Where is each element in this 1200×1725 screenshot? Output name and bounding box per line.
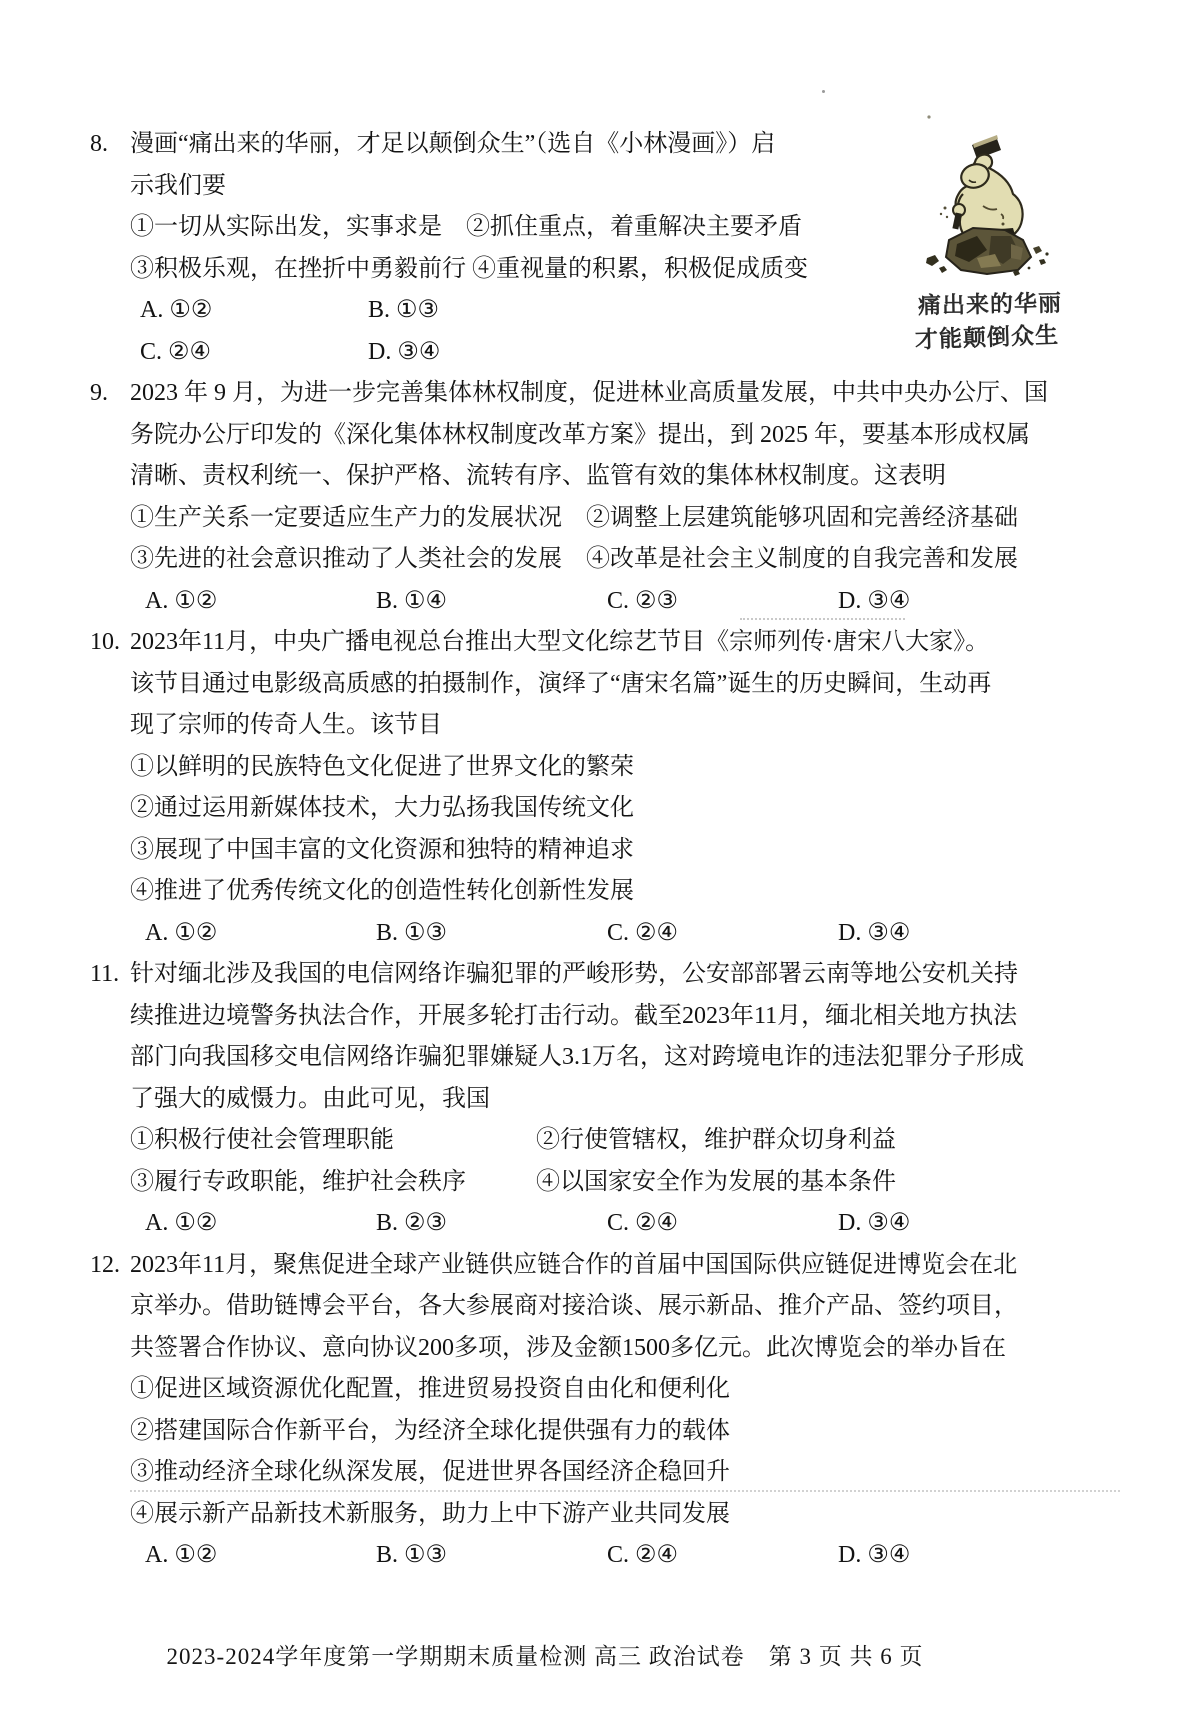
question-number: 9. — [90, 373, 108, 415]
stem-line: 10. 2023年11月，中央广播电视总台推出大型文化综艺节目《宗师列传·唐宋八… — [130, 622, 1130, 664]
stem-line: 8. 漫画“痛出来的华丽，才足以颠倒众生”（选自《小林漫画》）启 — [130, 124, 1130, 166]
option-b: B. ①③ — [376, 1535, 601, 1577]
question-number: 12. — [90, 1245, 120, 1287]
stem-line: 示我们要 — [130, 166, 1130, 208]
stem-line: ④展示新产品新技术新服务，助力上中下游产业共同发展 — [130, 1494, 1130, 1536]
stem-line: 续推进边境警务执法合作，开展多轮打击行动。截至2023年11月，缅北相关地方执法 — [130, 996, 1130, 1038]
stem-line: 12. 2023年11月，聚焦促进全球产业链供应链合作的首届中国国际供应链促进博… — [130, 1245, 1130, 1287]
stem-line: ②通过运用新媒体技术，大力弘扬我国传统文化 — [130, 788, 1130, 830]
option-d: D. ③④ — [838, 581, 1063, 623]
stem-line: 11. 针对缅北涉及我国的电信网络诈骗犯罪的严峻形势，公安部部署云南等地公安机关… — [130, 954, 1130, 996]
option-a: A. ①② — [145, 1203, 370, 1245]
option-c: C. ②③ — [607, 581, 832, 623]
stem-line: ③展现了中国丰富的文化资源和独特的精神追求 — [130, 830, 1130, 872]
stem-text: 漫画“痛出来的华丽，才足以颠倒众生”（选自《小林漫画》）启 — [130, 131, 775, 157]
option-c: C. ②④ — [607, 913, 832, 955]
options-row: A. ①② B. ①③ C. ②④ D. ③④ — [130, 1535, 1130, 1577]
options-row: A. ①② B. ①③ C. ②④ D. ③④ — [130, 913, 1130, 955]
question-number: 11. — [90, 954, 119, 996]
stem-line: 了强大的威慑力。由此可见，我国 — [130, 1079, 1130, 1121]
stem-line: ①促进区域资源优化配置，推进贸易投资自由化和便利化 — [130, 1369, 1130, 1411]
stem-line: ③先进的社会意识推动了人类社会的发展 ④改革是社会主义制度的自我完善和发展 — [130, 539, 1130, 581]
stem-text: ③推动经济全球化纵深发展，促进世界各国经济企稳回升 — [130, 1459, 730, 1485]
stem-line: 清晰、责权利统一、保护严格、流转有序、监管有效的集体林权制度。这表明 — [130, 456, 1130, 498]
item-1: ①积极行使社会管理职能 — [130, 1120, 530, 1162]
stem-line: ①一切从实际出发，实事求是 ②抓住重点，着重解决主要矛盾 — [130, 207, 1130, 249]
stem-line: 9. 2023 年 9 月，为进一步完善集体林权制度，促进林业高质量发展，中共中… — [130, 373, 1130, 415]
scan-speck — [822, 90, 825, 93]
option-c: C. ②④ — [607, 1535, 832, 1577]
option-d: D. ③④ — [368, 332, 440, 374]
dotted-scan-artifact — [130, 1490, 1120, 1492]
option-d: D. ③④ — [838, 913, 910, 955]
question-10: 10. 2023年11月，中央广播电视总台推出大型文化综艺节目《宗师列传·唐宋八… — [0, 622, 1200, 954]
question-8: 8. 漫画“痛出来的华丽，才足以颠倒众生”（选自《小林漫画》）启 示我们要 ①一… — [0, 124, 1200, 373]
questions-area: 8. 漫画“痛出来的华丽，才足以颠倒众生”（选自《小林漫画》）启 示我们要 ①一… — [0, 0, 1200, 1577]
item-row: ③履行专政职能，维护社会秩序 ④以国家安全作为发展的基本条件 — [130, 1162, 1130, 1204]
stem-line: ③推动经济全球化纵深发展，促进世界各国经济企稳回升 — [130, 1452, 1130, 1494]
item-4: ④以国家安全作为发展的基本条件 — [536, 1169, 896, 1195]
dotted-scan-artifact — [740, 618, 905, 620]
item-3: ③履行专政职能，维护社会秩序 — [130, 1162, 530, 1204]
option-b: B. ①③ — [376, 913, 601, 955]
stem-line: 部门向我国移交电信网络诈骗犯罪嫌疑人3.1万名，这对跨境电诈的违法犯罪分子形成 — [130, 1037, 1130, 1079]
stem-line: ①以鲜明的民族特色文化促进了世界文化的繁荣 — [130, 747, 1130, 789]
option-b: B. ①④ — [376, 581, 601, 623]
options-row: C. ②④ D. ③④ — [130, 332, 1130, 374]
option-a: A. ①② — [145, 581, 370, 623]
stem-text: 2023 年 9 月，为进一步完善集体林权制度，促进林业高质量发展，中共中央办公… — [130, 380, 1048, 406]
question-11: 11. 针对缅北涉及我国的电信网络诈骗犯罪的严峻形势，公安部部署云南等地公安机关… — [0, 954, 1200, 1245]
stem-line: 现了宗师的传奇人生。该节目 — [130, 705, 1130, 747]
stem-line: 务院办公厅印发的《深化集体林权制度改革方案》提出，到 2025 年，要基本形成权… — [130, 415, 1130, 457]
option-c: C. ②④ — [607, 1203, 832, 1245]
question-9: 9. 2023 年 9 月，为进一步完善集体林权制度，促进林业高质量发展，中共中… — [0, 373, 1200, 622]
option-a: A. ①② — [145, 913, 370, 955]
page-footer: 2023-2024学年度第一学期期末质量检测 高三 政治试卷 第 3 页 共 6… — [0, 1638, 1200, 1671]
question-12: 12. 2023年11月，聚焦促进全球产业链供应链合作的首届中国国际供应链促进博… — [0, 1245, 1200, 1577]
options-row: A. ①② B. ①③ — [130, 290, 1130, 332]
option-a: A. ①② — [145, 1535, 370, 1577]
stem-line: ④推进了优秀传统文化的创造性转化创新性发展 — [130, 871, 1130, 913]
stem-line: 共签署合作协议、意向协议200多项，涉及金额1500多亿元。此次博览会的举办旨在 — [130, 1328, 1130, 1370]
options-row: A. ①② B. ②③ C. ②④ D. ③④ — [130, 1203, 1130, 1245]
option-b: B. ②③ — [376, 1203, 601, 1245]
option-a: A. ①② — [140, 290, 362, 332]
options-row: A. ①② B. ①④ C. ②③ D. ③④ — [130, 581, 1130, 623]
question-number: 10. — [90, 622, 120, 664]
option-c: C. ②④ — [140, 332, 362, 374]
stem-text: 2023年11月，聚焦促进全球产业链供应链合作的首届中国国际供应链促进博览会在北 — [130, 1252, 1017, 1278]
exam-page: 痛出来的华丽 才能颠倒众生 8. 漫画“痛出来的华丽，才足以颠倒众生”（选自《小… — [0, 0, 1200, 1725]
option-d: D. ③④ — [838, 1535, 910, 1577]
stem-text: 2023年11月，中央广播电视总台推出大型文化综艺节目《宗师列传·唐宋八大家》。 — [130, 629, 989, 655]
option-b: B. ①③ — [368, 290, 439, 332]
stem-line: 京举办。借助链博会平台，各大参展商对接洽谈、展示新品、推介产品、签约项目， — [130, 1286, 1130, 1328]
option-d: D. ③④ — [838, 1203, 910, 1245]
stem-line: 该节目通过电影级高质感的拍摄制作，演绎了“唐宋名篇”诞生的历史瞬间，生动再 — [130, 664, 1130, 706]
stem-line: ①生产关系一定要适应生产力的发展状况 ②调整上层建筑能够巩固和完善经济基础 — [130, 498, 1130, 540]
item-row: ①积极行使社会管理职能 ②行使管辖权，维护群众切身利益 — [130, 1120, 1130, 1162]
stem-line: ②搭建国际合作新平台，为经济全球化提供强有力的载体 — [130, 1411, 1130, 1453]
stem-line: ③积极乐观，在挫折中勇毅前行 ④重视量的积累，积极促成质变 — [130, 249, 1130, 291]
question-number: 8. — [90, 124, 108, 166]
stem-text: 针对缅北涉及我国的电信网络诈骗犯罪的严峻形势，公安部部署云南等地公安机关持 — [130, 961, 1018, 987]
item-2: ②行使管辖权，维护群众切身利益 — [536, 1127, 896, 1153]
